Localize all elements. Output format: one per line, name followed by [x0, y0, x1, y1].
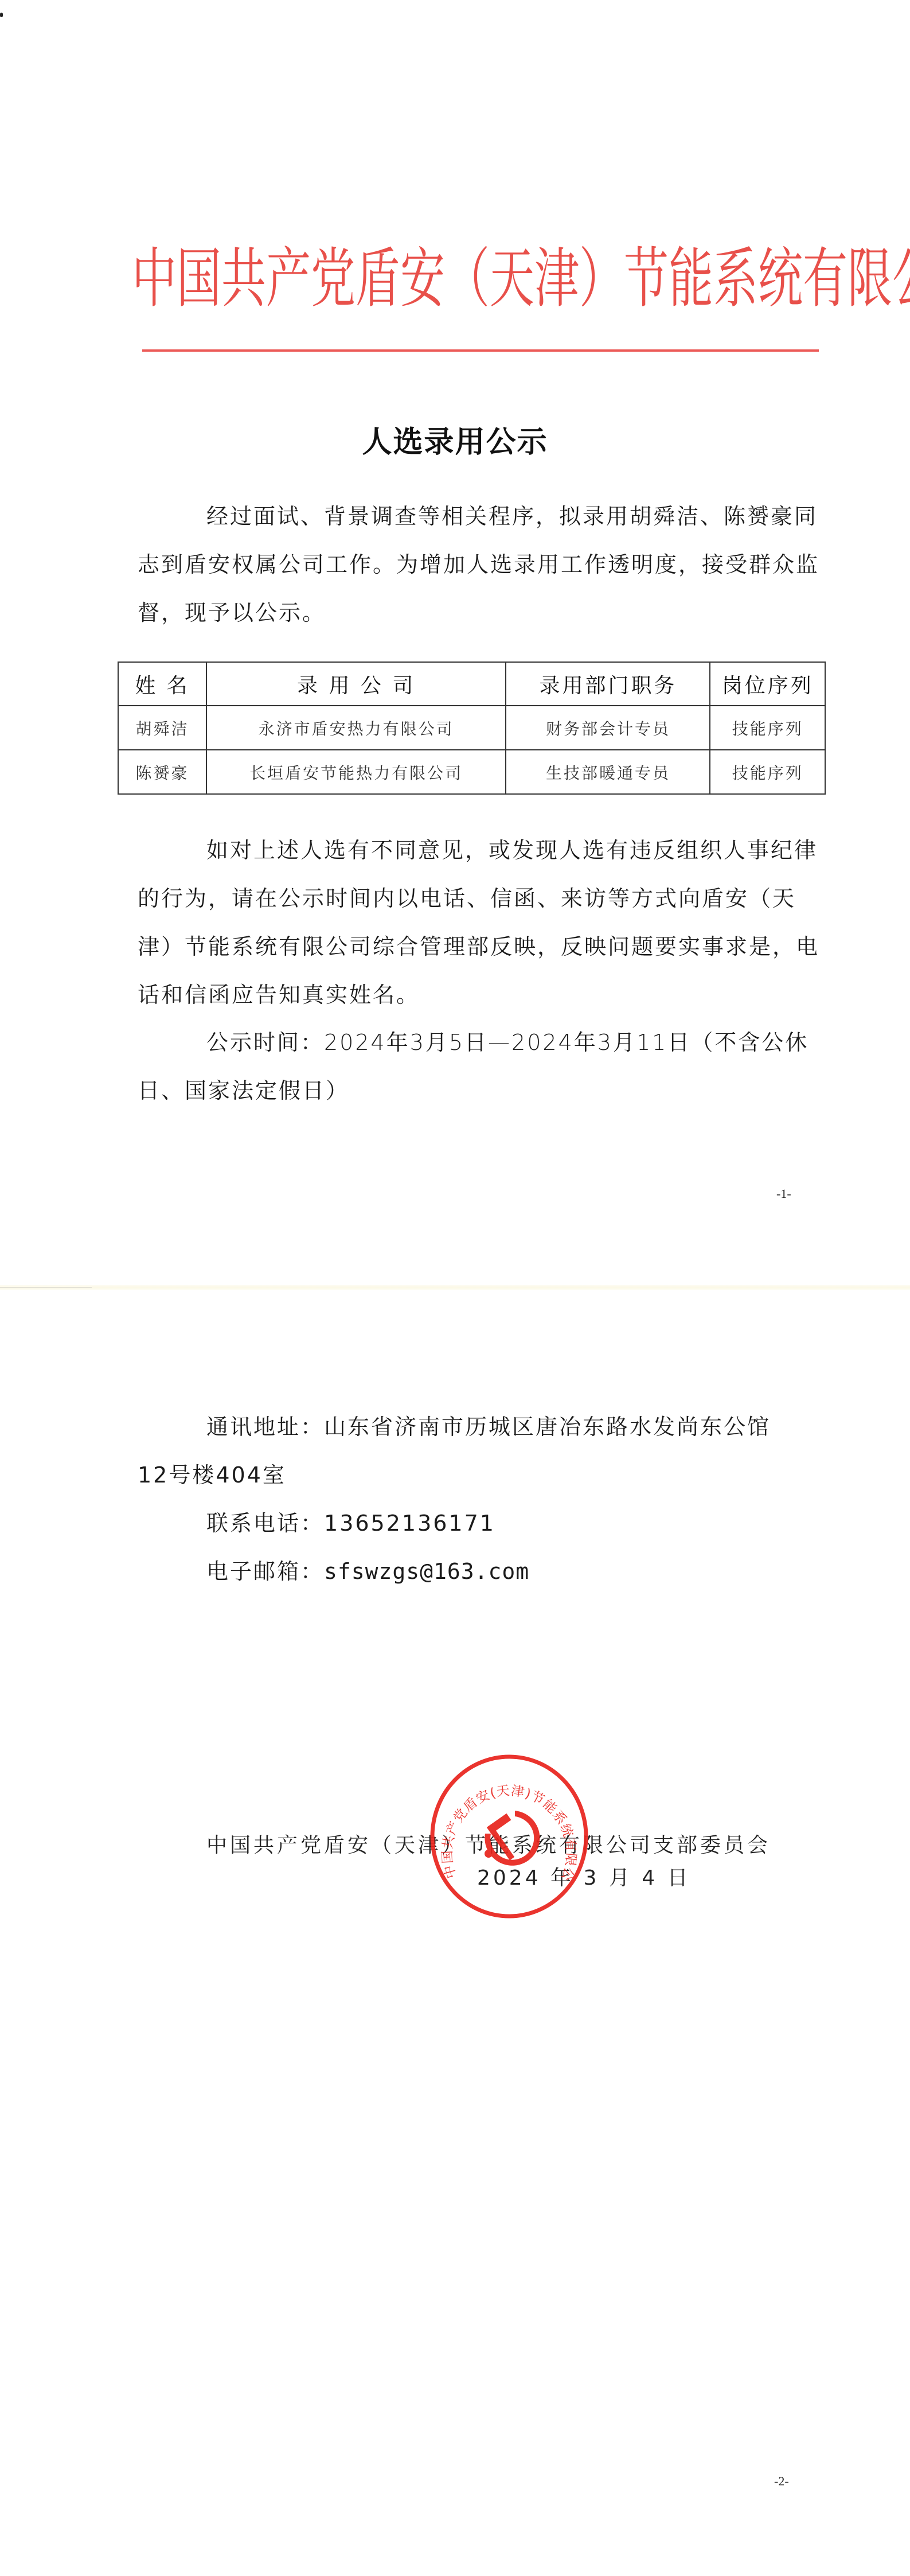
header-company: 录 用 公 司: [206, 662, 506, 706]
page-break: [0, 1285, 910, 1290]
period-paragraph: 公示时间：2024年3月5日—2024年3月11日（不含公休日、国家法定假日）: [138, 1018, 820, 1115]
address-value-line1: 山东省济南市历城区唐冶东路水发尚东公馆: [324, 1414, 771, 1439]
header-position-sequence: 岗位序列: [710, 662, 825, 706]
cell-position-sequence: 技能序列: [710, 750, 825, 794]
scan-artifact-dot: [0, 13, 3, 17]
email-value: sfswzgs@163.com: [324, 1559, 529, 1584]
address-label: 通讯地址：: [206, 1414, 324, 1439]
header-company-label: 录 用 公 司: [297, 674, 415, 698]
email-line: 电子邮箱：sfswzgs@163.com: [138, 1547, 820, 1596]
cell-name: 胡舜洁: [118, 706, 206, 750]
signature-date: 2024 年 3 月 4 日: [477, 1862, 718, 1891]
cell-company: 永济市盾安热力有限公司: [206, 706, 506, 750]
phone-label: 联系电话：: [206, 1511, 324, 1536]
email-label: 电子邮箱：: [206, 1559, 324, 1584]
contact-block: 通讯地址：山东省济南市历城区唐冶东路水发尚东公馆 12号楼404室 联系电话：1…: [138, 1403, 820, 1596]
phone-line: 联系电话：13652136171: [138, 1499, 820, 1547]
cell-dept-position: 财务部会计专员: [506, 706, 710, 750]
page-number-1: -1-: [776, 1186, 791, 1201]
cell-dept-position: 生技部暖通专员: [506, 750, 710, 794]
phone-value: 13652136171: [324, 1511, 495, 1536]
document-title: 人选录用公示: [0, 418, 910, 461]
cell-name: 陈赟豪: [118, 750, 206, 794]
cell-position-sequence: 技能序列: [710, 706, 825, 750]
intro-paragraph: 经过面试、背景调查等相关程序，拟录用胡舜洁、陈赟豪同志到盾安权属公司工作。为增加…: [138, 492, 820, 637]
letterhead-red-rule: [142, 349, 819, 352]
objection-paragraph: 如对上述人选有不同意见，或发现人选有违反组织人事纪律的行为，请在公示时间内以电话…: [138, 826, 820, 1019]
hiring-table: 姓 名 录 用 公 司 录用部门职务 岗位序列 胡舜洁 永济市盾安热力有限公司 …: [118, 661, 826, 795]
table-row: 胡舜洁 永济市盾安热力有限公司 财务部会计专员 技能序列: [118, 706, 825, 750]
address-line-2: 12号楼404室: [138, 1451, 820, 1499]
page-number-2: -2-: [774, 2474, 789, 2489]
table-row: 陈赟豪 长垣盾安节能热力有限公司 生技部暖通专员 技能序列: [118, 750, 825, 794]
signature-org: 中国共产党盾安（天津）节能系统有限公司支部委员会: [206, 1829, 826, 1858]
header-name: 姓 名: [118, 662, 206, 706]
header-name-label: 姓 名: [135, 674, 189, 698]
header-position-sequence-label: 岗位序列: [722, 674, 814, 698]
page-1: 中国共产党盾安（天津）节能系统有限公司支部委员会 人选录用公示 经过面试、背景调…: [0, 0, 910, 1285]
page-break-line: [0, 1287, 92, 1287]
header-dept-position: 录用部门职务: [506, 662, 710, 706]
address-line: 通讯地址：山东省济南市历城区唐冶东路水发尚东公馆: [138, 1403, 820, 1451]
header-dept-position-label: 录用部门职务: [539, 674, 677, 698]
letterhead-org-name: 中国共产党盾安（天津）节能系统有限公司支部委员会: [132, 247, 803, 312]
cell-company: 长垣盾安节能热力有限公司: [206, 750, 506, 794]
table-header-row: 姓 名 录 用 公 司 录用部门职务 岗位序列: [118, 662, 825, 706]
